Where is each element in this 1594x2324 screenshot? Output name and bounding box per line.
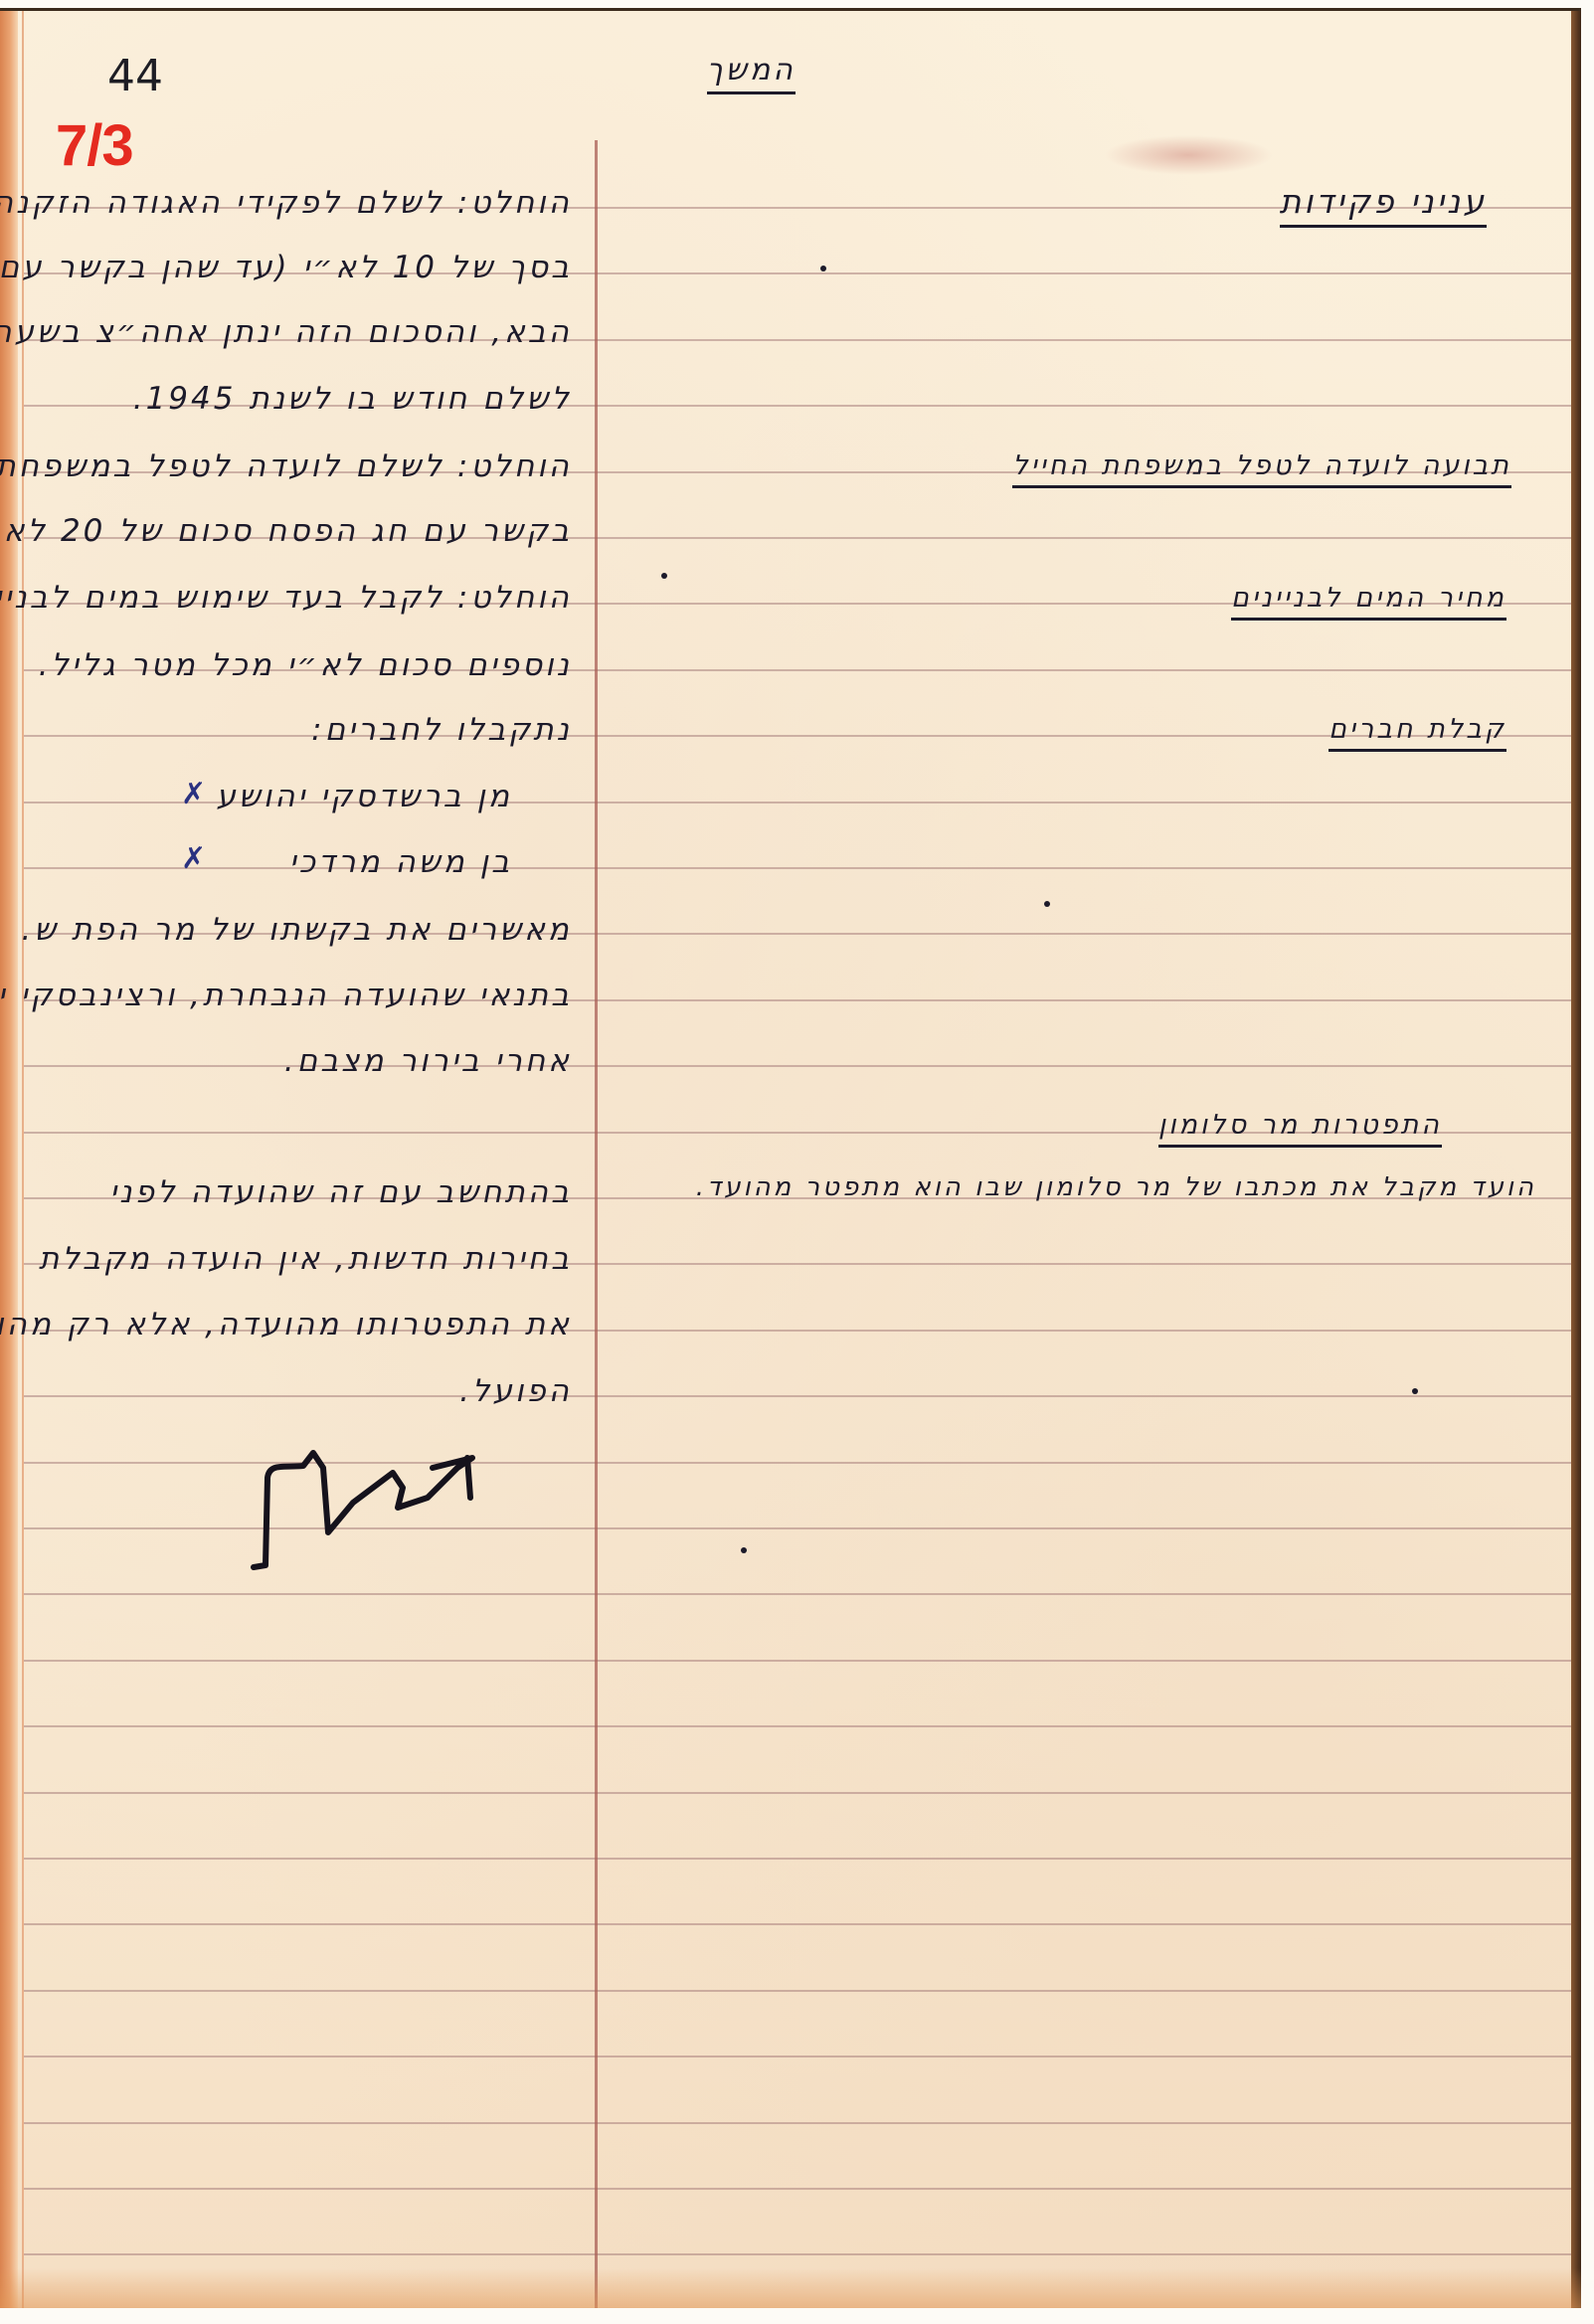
continuation-heading: המשך — [707, 53, 796, 94]
minutes-line: הבא, והסכום הזה ינתן אחה״צ בשעה שהוחלט — [0, 314, 572, 350]
page-number: 44 — [107, 51, 163, 101]
ruled-line — [24, 867, 1571, 869]
ink-dot — [741, 1547, 747, 1553]
check-mark-icon: ✗ — [181, 841, 206, 876]
ruled-line — [24, 1660, 1571, 1662]
ink-dot — [1044, 901, 1050, 907]
member-name: מן ברשדסקי יהושע — [216, 779, 512, 814]
ruled-line — [24, 1725, 1571, 1727]
book-binding-edge — [1571, 11, 1581, 2308]
agenda-item-heading: התפטרות מר סלומון — [1158, 1110, 1442, 1148]
minutes-line: בתנאי שהועדה הנבחרת, ורצינבסקי יאשרו — [0, 978, 572, 1013]
minutes-line: נתקבלו לחברים: — [311, 712, 572, 748]
minutes-line: בקשר עם חג הפסח סכום של 20 לא״י. — [0, 513, 572, 549]
minutes-line: אחרי בירור מצבם. — [284, 1043, 572, 1079]
red-stamp-number: 7/3 — [56, 112, 133, 179]
ink-dot — [820, 266, 826, 271]
ruled-line — [24, 1923, 1571, 1925]
ruled-line — [24, 1593, 1571, 1595]
agenda-item-heading: קבלת חברים — [1328, 714, 1506, 752]
agenda-item-heading: תבועה לועדה לטפל במשפחת החייל — [1012, 450, 1511, 488]
page-left-edge-line — [22, 11, 24, 2308]
handwritten-signature — [244, 1428, 502, 1577]
notebook-page: 44 7/3 המשך עניני פקידות תבועה לועדה לטפ… — [0, 8, 1581, 2308]
ruled-line — [24, 2253, 1571, 2255]
minutes-line: הוחלט: לשלם לפקידי האגודה הזקנה — [0, 185, 572, 221]
minutes-line: בהתחשב עם זה שהועדה לפני — [109, 1174, 572, 1210]
ruled-line — [24, 2122, 1571, 2124]
minutes-line: מאשרים את בקשתו של מר הפת ש. — [21, 912, 572, 948]
ink-smudge — [1104, 135, 1273, 175]
ruled-line — [24, 1395, 1571, 1397]
ruled-line — [24, 1792, 1571, 1794]
member-name: בן משה מרדכי — [289, 844, 512, 880]
ruled-line — [24, 1858, 1571, 1860]
ruled-line — [24, 2056, 1571, 2057]
ruled-line — [24, 1990, 1571, 1992]
minutes-line: הוחלט: לשלם לועדה לטפל במשפחת החיל — [0, 448, 572, 484]
ink-dot — [661, 573, 667, 579]
ruled-line — [24, 2188, 1571, 2190]
minutes-line: את התפטרותו מהועדה, אלא רק מהועד — [0, 1307, 572, 1342]
check-mark-icon: ✗ — [181, 777, 206, 811]
agenda-item-text: הועד מקבל את מכתבו של מר סלומון שבו הוא … — [696, 1172, 1536, 1202]
column-divider — [595, 140, 598, 2308]
page-left-edge — [0, 11, 18, 2308]
ruled-line — [24, 1065, 1571, 1067]
minutes-line: לשלם חודש בו לשנת 1945. — [133, 381, 572, 417]
minutes-line: הפועל. — [459, 1373, 572, 1409]
section-heading: עניני פקידות — [1280, 182, 1487, 228]
minutes-line: נוספים סכום לא״י מכל מטר גליל. — [39, 647, 572, 683]
ink-dot — [1412, 1388, 1418, 1394]
agenda-item-heading: מחיר המים לבניינים — [1231, 583, 1506, 621]
minutes-line: בחירות חדשות, אין הועדה מקבלת — [39, 1241, 572, 1277]
minutes-line: בסך של 10 לא״י (עד שהן בקשר עם חג הפסח — [0, 250, 572, 285]
minutes-line: הוחלט: לקבל בעד שימוש במים לבניינים — [0, 580, 572, 616]
